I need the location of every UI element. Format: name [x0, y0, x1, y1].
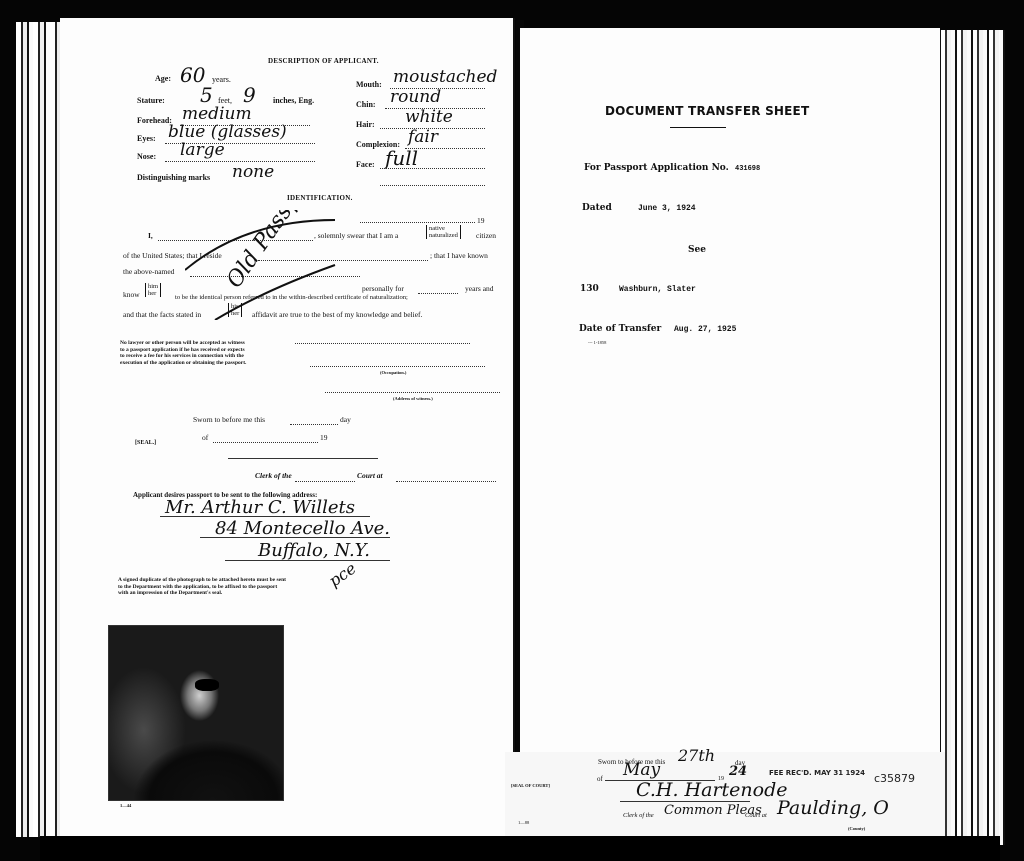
dated-value: June 3, 1924 — [638, 204, 696, 213]
forehead-value: medium — [182, 104, 252, 124]
stature-label: Stature: — [137, 96, 165, 105]
old-passport-text: Old Passport — [222, 210, 324, 293]
left-form-number: 1—44 — [120, 803, 131, 808]
photo-note: A signed duplicate of the photograph to … — [118, 577, 288, 597]
clerk-signature: C.H. Hartenode — [636, 779, 788, 801]
oath-line3-start: the above-named — [123, 266, 174, 278]
scan-bottom-edge — [40, 836, 1000, 861]
right-page-edges — [935, 30, 1005, 845]
oath-line4-start: know — [123, 289, 140, 301]
mouth-value: moustached — [393, 67, 497, 87]
eyes-label: Eyes: — [137, 134, 156, 143]
occupation-label: (Occupation.) — [380, 370, 406, 375]
native-option: native — [429, 225, 458, 232]
oath-day-value: 27th — [678, 746, 715, 765]
years-line — [418, 293, 458, 294]
ref-number: 130 — [580, 284, 599, 294]
nose-label: Nose: — [137, 152, 156, 161]
address-rule-3 — [225, 560, 390, 561]
court-seal-label: [SEAL OF COURT] — [511, 783, 550, 788]
age-suffix: years. — [212, 75, 231, 84]
distinguishing-marks-value: none — [232, 162, 274, 182]
fee-received-stamp: FEE REC'D. MAY 31 1924 — [769, 769, 865, 777]
forehead-label: Forehead: — [137, 116, 172, 125]
hair-label: Hair: — [356, 120, 375, 129]
nose-value: large — [180, 140, 225, 160]
him-her-bracket: him her — [145, 283, 161, 297]
sworn-month-line — [213, 442, 318, 443]
title-underline — [670, 127, 726, 128]
chin-value: round — [390, 87, 441, 107]
her-option: her — [148, 290, 158, 297]
address-rule-1 — [160, 516, 370, 517]
sworn-of-label: of — [202, 432, 208, 444]
clerk-of-the-label: Clerk of the — [255, 470, 292, 482]
application-no-value: 431698 — [735, 165, 760, 173]
court-location-line — [396, 481, 496, 482]
transfer-sheet-title: DOCUMENT TRANSFER SHEET — [605, 104, 809, 118]
applicant-photograph — [108, 625, 284, 801]
dated-label: Dated — [582, 203, 612, 213]
witness-signature-line — [295, 343, 470, 344]
complexion-value: fair — [408, 127, 438, 147]
court-location-value: Paulding, O — [777, 797, 889, 819]
receipt-number: c35879 — [874, 772, 915, 785]
lawyer-note: No lawyer or other person will be accept… — [120, 340, 250, 366]
sworn-year: 19 — [320, 432, 328, 444]
naturalized-option: naturalized — [429, 232, 458, 239]
application-no-label: For Passport Application No. — [584, 163, 729, 173]
him-option: him — [148, 283, 158, 290]
native-naturalized-bracket: native naturalized — [426, 225, 461, 239]
witness-address-line — [325, 392, 500, 393]
see-label: See — [688, 245, 706, 255]
old-passport-stamp: Old Passport — [185, 210, 340, 320]
right-form-number: 1—88 — [518, 820, 529, 825]
face-value: full — [385, 146, 418, 170]
glasses — [195, 679, 219, 691]
right-page — [520, 28, 940, 840]
citizen-text: citizen — [476, 230, 496, 242]
oath-line2-end: ; that I have known — [430, 250, 488, 262]
court-at-label: Court at — [357, 470, 383, 482]
eyes-value: blue (glasses) — [168, 122, 287, 142]
address-line-3: Buffalo, N.Y. — [258, 540, 370, 561]
clerk-signature-line — [228, 458, 378, 459]
court-name-line — [295, 481, 355, 482]
date-line — [360, 222, 475, 223]
transfer-date-value: Aug. 27, 1925 — [674, 325, 736, 334]
address-line-1: Mr. Arthur C. Willets — [165, 497, 355, 518]
oath-month-value: May — [623, 760, 660, 780]
oath-court-at: Court at — [745, 810, 767, 822]
address-rule-2 — [200, 537, 390, 538]
year-prefix: 19 — [477, 215, 485, 227]
stature-inches-suffix: inches, Eng. — [273, 96, 314, 105]
hair-value: white — [405, 107, 453, 127]
oath-year-value: 24 — [729, 764, 747, 779]
sworn-day-line — [290, 424, 338, 425]
oath-line3-end: years and — [465, 283, 494, 295]
county-label: (County) — [848, 826, 865, 831]
chin-label: Chin: — [356, 100, 376, 109]
section-title-description: DESCRIPTION OF APPLICANT. — [268, 57, 379, 65]
transfer-date-label: Date of Transfer — [579, 324, 661, 334]
sworn-text: Sworn to before me this — [193, 414, 265, 426]
address-line-2: 84 Montecello Ave. — [215, 518, 390, 539]
oath-i: I, — [148, 230, 153, 242]
address-witness-label: (Address of witness.) — [393, 396, 433, 401]
age-label: Age: — [155, 74, 171, 83]
face-line — [380, 168, 485, 169]
oath-of-label: of — [597, 773, 603, 785]
face-label: Face: — [356, 160, 375, 169]
occupation-line — [310, 366, 485, 367]
seal-label: [SEAL.] — [135, 440, 156, 446]
scanned-book-spread: DESCRIPTION OF APPLICANT. Age: 60 years.… — [0, 0, 1024, 861]
oath-clerk-label: Clerk of the — [623, 810, 654, 822]
sworn-day-label: day — [340, 414, 351, 426]
clerk-sig-line — [620, 801, 750, 802]
ref-name: Washburn, Slater — [619, 285, 696, 294]
distinguishing-marks-label: Distinguishing marks — [137, 173, 210, 182]
extra-line — [380, 185, 485, 186]
section-title-identification: IDENTIFICATION. — [287, 194, 353, 202]
transfer-code: --- 1-1858 — [588, 340, 606, 345]
mouth-label: Mouth: — [356, 80, 382, 89]
